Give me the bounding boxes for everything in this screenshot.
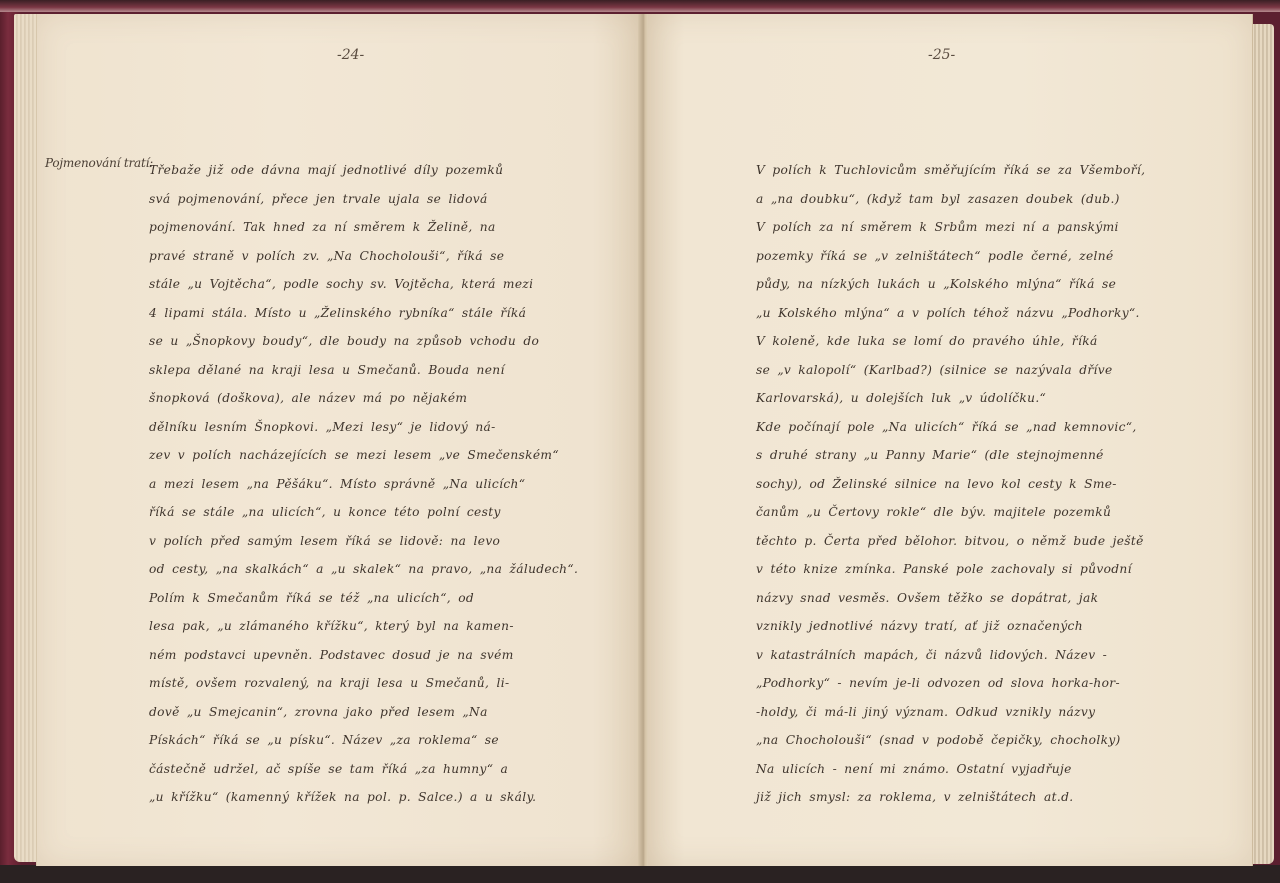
text-line: Polím k Smečanům říká se též „na ulicích… — [149, 584, 629, 613]
text-line: vznikly jednotlivé názvy tratí, ať již o… — [756, 612, 1236, 641]
text-line: sochy), od Želinské silnice na levo kol … — [756, 470, 1236, 499]
text-line: „na Chocholouši“ (snad v podobě čepičky,… — [756, 726, 1236, 755]
margin-note: Pojmenování tratí: — [45, 156, 153, 170]
text-line: se „v kalopolí“ (Karlbad?) (silnice se n… — [756, 356, 1236, 385]
text-line: svá pojmenování, přece jen trvale ujala … — [149, 185, 629, 214]
text-line: „Podhorky“ - nevím je-li odvozen od slov… — [756, 669, 1236, 698]
text-line: dově „u Smejcanin“, zrovna jako před les… — [149, 698, 629, 727]
text-line: dělníku lesním Šnopkovi. „Mezi lesy“ je … — [149, 413, 629, 442]
page-edges-right — [1252, 24, 1274, 864]
text-line: v katastrálních mapách, či názvů lidovýc… — [756, 641, 1236, 670]
page-edges-left — [14, 14, 36, 862]
text-line: Na ulicích - není mi známo. Ostatní vyja… — [756, 755, 1236, 784]
page-number: -25- — [928, 47, 955, 63]
text-line: sklepa dělané na kraji lesa u Smečanů. B… — [149, 356, 629, 385]
book-cover-top-edge — [0, 0, 1280, 12]
text-line: od cesty, „na skalkách“ a „u skalek“ na … — [149, 555, 629, 584]
text-line: -holdy, či má-li jiný význam. Odkud vzni… — [756, 698, 1236, 727]
text-line: názvy snad vesměs. Ovšem těžko se dopátr… — [756, 584, 1236, 613]
text-line: Třebaže již ode dávna mají jednotlivé dí… — [149, 156, 629, 185]
text-line: říká se stále „na ulicích“, u konce této… — [149, 498, 629, 527]
text-line: V polích k Tuchlovicům směřujícím říká s… — [756, 156, 1236, 185]
text-line: se u „Šnopkovy boudy“, dle boudy na způs… — [149, 327, 629, 356]
text-line: těchto p. Čerta před bělohor. bitvou, o … — [756, 527, 1236, 556]
text-line: již jich smysl: za roklema, v zelništáte… — [756, 783, 1236, 812]
handwritten-text-block: Třebaže již ode dávna mají jednotlivé dí… — [149, 156, 629, 812]
text-line: V polích za ní směrem k Srbům mezi ní a … — [756, 213, 1236, 242]
text-line: v této knize zmínka. Panské pole zachova… — [756, 555, 1236, 584]
text-line: „u Kolského mlýna“ a v polích téhož názv… — [756, 299, 1236, 328]
text-line: lesa pak, „u zlámaného křížku“, který by… — [149, 612, 629, 641]
text-line: půdy, na nízkých lukách u „Kolského mlýn… — [756, 270, 1236, 299]
text-line: V koleně, kde luka se lomí do pravého úh… — [756, 327, 1236, 356]
text-line: pravé straně v polích zv. „Na Chocholouš… — [149, 242, 629, 271]
text-line: Pískách“ říká se „u písku“. Název „za ro… — [149, 726, 629, 755]
handwritten-text-block: V polích k Tuchlovicům směřujícím říká s… — [756, 156, 1236, 812]
page-number: -24- — [337, 47, 364, 63]
text-line: ném podstavci upevněn. Podstavec dosud j… — [149, 641, 629, 670]
text-line: čanům „u Čertovy rokle“ dle býv. majitel… — [756, 498, 1236, 527]
text-line: zev v polích nacházejících se mezi lesem… — [149, 441, 629, 470]
text-line: a mezi lesem „na Pěšáku“. Místo správně … — [149, 470, 629, 499]
right-page: -25- V polích k Tuchlovicům směřujícím ř… — [648, 14, 1253, 866]
text-line: částečně udržel, ač spíše se tam říká „z… — [149, 755, 629, 784]
text-line: šnopková (doškova), ale název má po něja… — [149, 384, 629, 413]
text-line: pojmenování. Tak hned za ní směrem k Žel… — [149, 213, 629, 242]
text-line: 4 lipami stála. Místo u „Želinského rybn… — [149, 299, 629, 328]
left-page: -24- Pojmenování tratí: Třebaže již ode … — [36, 14, 641, 866]
text-line: a „na doubku“, (když tam byl zasazen dou… — [756, 185, 1236, 214]
text-line: v polích před samým lesem říká se lidově… — [149, 527, 629, 556]
text-line: „u křížku“ (kamenný křížek na pol. p. Sa… — [149, 783, 629, 812]
text-line: Karlovarská), u dolejších luk „v údolíčk… — [756, 384, 1236, 413]
text-line: Kde počínají pole „Na ulicích“ říká se „… — [756, 413, 1236, 442]
text-line: stále „u Vojtěcha“, podle sochy sv. Vojt… — [149, 270, 629, 299]
text-line: s druhé strany „u Panny Marie“ (dle stej… — [756, 441, 1236, 470]
text-line: pozemky říká se „v zelništátech“ podle č… — [756, 242, 1236, 271]
background-surface — [0, 865, 1280, 883]
text-line: místě, ovšem rozvalený, na kraji lesa u … — [149, 669, 629, 698]
